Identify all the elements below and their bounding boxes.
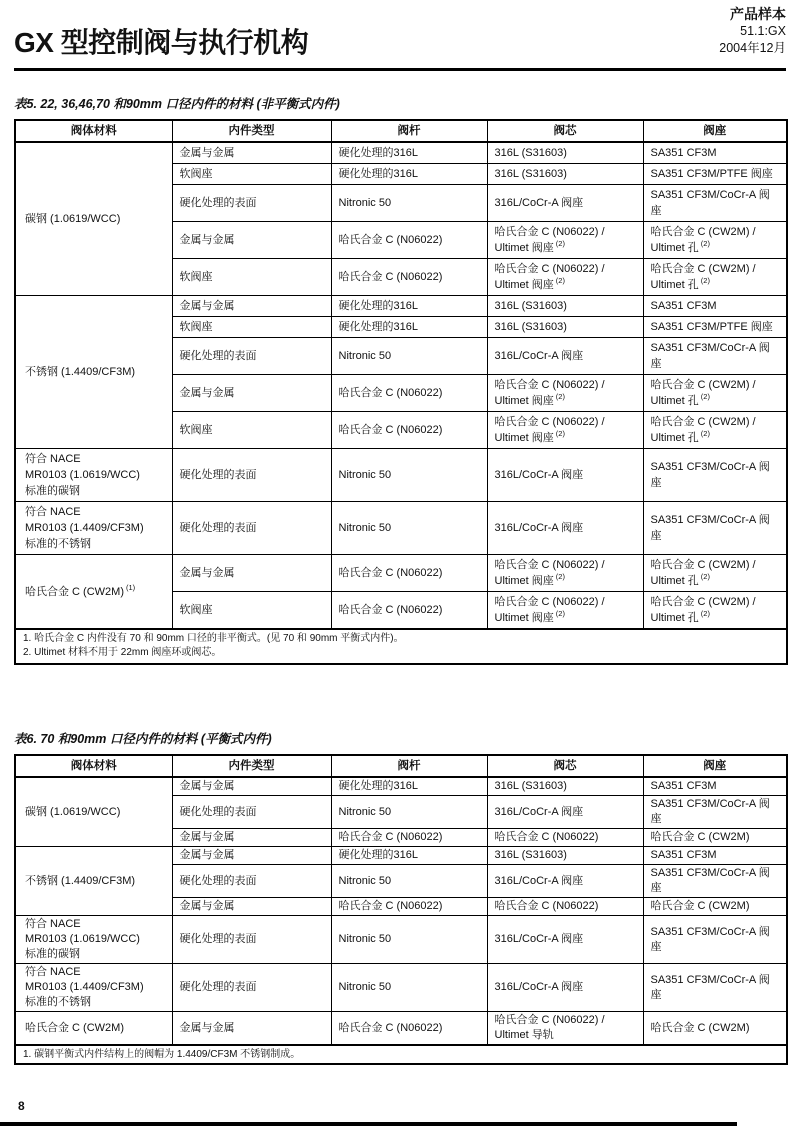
footnote-reference: (2) — [701, 276, 710, 285]
cell: SA351 CF3M — [643, 777, 787, 796]
doc-type: 产品样本 — [719, 6, 786, 23]
cell: 软阀座 — [172, 259, 331, 296]
cell: 金属与金属 — [172, 829, 331, 847]
cell: 哈氏合金 C (N06022) — [331, 412, 487, 449]
footnotes-cell: 1. 碳钢平衡式内件结构上的阀帽为 1.4409/CF3M 不锈钢制成。 — [15, 1045, 787, 1064]
doc-number: 51.1:GX — [719, 23, 786, 40]
cell: SA351 CF3M/CoCr-A 阀座 — [643, 964, 787, 1012]
column-header: 阀座 — [643, 755, 787, 777]
cell: 哈氏合金 C (N06022) /Ultimet 阀座(2) — [487, 592, 643, 630]
cell: 316L (S31603) — [487, 777, 643, 796]
footnote-reference: (2) — [701, 239, 710, 248]
table-row: 碳钢 (1.0619/WCC)金属与金属硬化处理的316L316L (S3160… — [15, 777, 787, 796]
footnote: 1. 哈氏合金 C 内件没有 70 和 90mm 口径的非平衡式。(见 70 和… — [23, 632, 779, 646]
footnote-reference: (2) — [556, 429, 565, 438]
cell: 316L/CoCr-A 阀座 — [487, 449, 643, 502]
cell: 哈氏合金 C (N06022) /Ultimet 导轨 — [487, 1012, 643, 1046]
cell: 316L/CoCr-A 阀座 — [487, 916, 643, 964]
cell: 哈氏合金 C (N06022) — [331, 592, 487, 630]
body-material-cell: 哈氏合金 C (CW2M) — [15, 1012, 172, 1046]
cell: 316L/CoCr-A 阀座 — [487, 865, 643, 898]
cell: 软阀座 — [172, 592, 331, 630]
cell: 软阀座 — [172, 412, 331, 449]
table-row: 符合 NACEMR0103 (1.0619/WCC)标准的碳钢硬化处理的表面Ni… — [15, 449, 787, 502]
body-material-cell: 符合 NACEMR0103 (1.4409/CF3M)标准的不锈钢 — [15, 502, 172, 555]
cell: SA351 CF3M/PTFE 阀座 — [643, 317, 787, 338]
cell: Nitronic 50 — [331, 916, 487, 964]
cell: 哈氏合金 C (CW2M) — [643, 898, 787, 916]
cell: SA351 CF3M/CoCr-A 阀座 — [643, 185, 787, 222]
cell: 哈氏合金 C (CW2M) — [643, 1012, 787, 1046]
cell: 哈氏合金 C (N06022) — [487, 829, 643, 847]
cell: 硬化处理的316L — [331, 777, 487, 796]
cell: 哈氏合金 C (CW2M) /Ultimet 孔(2) — [643, 555, 787, 592]
footnotes-row: 1. 碳钢平衡式内件结构上的阀帽为 1.4409/CF3M 不锈钢制成。 — [15, 1045, 787, 1064]
cell: Nitronic 50 — [331, 338, 487, 375]
table6-materials-balanced: 阀体材料内件类型阀杆阀芯阀座碳钢 (1.0619/WCC)金属与金属硬化处理的3… — [14, 754, 788, 1065]
header-row: 阀体材料内件类型阀杆阀芯阀座 — [15, 120, 787, 142]
column-header: 阀芯 — [487, 755, 643, 777]
column-header: 阀体材料 — [15, 120, 172, 142]
table5-materials-unbalanced: 阀体材料内件类型阀杆阀芯阀座碳钢 (1.0619/WCC)金属与金属硬化处理的3… — [14, 119, 788, 665]
cell: 哈氏合金 C (N06022) — [331, 1012, 487, 1046]
cell: 金属与金属 — [172, 898, 331, 916]
cell: 哈氏合金 C (N06022) — [331, 829, 487, 847]
cell: Nitronic 50 — [331, 865, 487, 898]
table5-caption: 表5. 22, 36,46,70 和90mm 口径内件的材料 (非平衡式内件) — [14, 94, 786, 112]
cell: 金属与金属 — [172, 296, 331, 317]
cell: 软阀座 — [172, 317, 331, 338]
cell: 哈氏合金 C (N06022) — [331, 259, 487, 296]
cell: Nitronic 50 — [331, 185, 487, 222]
cell: 硬化处理的316L — [331, 847, 487, 865]
cell: 软阀座 — [172, 164, 331, 185]
cell: SA351 CF3M/CoCr-A 阀座 — [643, 796, 787, 829]
cell: 哈氏合金 C (N06022) /Ultimet 阀座(2) — [487, 412, 643, 449]
column-header: 阀座 — [643, 120, 787, 142]
cell: 硬化处理的表面 — [172, 964, 331, 1012]
body-material-cell: 不锈钢 (1.4409/CF3M) — [15, 847, 172, 916]
body-material-cell: 碳钢 (1.0619/WCC) — [15, 777, 172, 847]
footnote-reference: (2) — [701, 429, 710, 438]
cell: 硬化处理的表面 — [172, 916, 331, 964]
footer-bar — [0, 1122, 737, 1126]
footnotes-cell: 1. 哈氏合金 C 内件没有 70 和 90mm 口径的非平衡式。(见 70 和… — [15, 629, 787, 664]
cell: 316L/CoCr-A 阀座 — [487, 796, 643, 829]
table-row: 符合 NACEMR0103 (1.0619/WCC)标准的碳钢硬化处理的表面Ni… — [15, 916, 787, 964]
cell: 金属与金属 — [172, 555, 331, 592]
footnote-reference: (2) — [556, 239, 565, 248]
table-row: 哈氏合金 C (CW2M)金属与金属哈氏合金 C (N06022)哈氏合金 C … — [15, 1012, 787, 1046]
footnote-reference: (2) — [556, 276, 565, 285]
cell: 哈氏合金 C (N06022) /Ultimet 阀座(2) — [487, 375, 643, 412]
cell: 硬化处理的316L — [331, 142, 487, 164]
footnote-reference: (2) — [701, 572, 710, 581]
cell: 316L/CoCr-A 阀座 — [487, 964, 643, 1012]
column-header: 阀体材料 — [15, 755, 172, 777]
table-row: 碳钢 (1.0619/WCC)金属与金属硬化处理的316L316L (S3160… — [15, 142, 787, 164]
cell: 哈氏合金 C (CW2M) /Ultimet 孔(2) — [643, 592, 787, 630]
table-row: 不锈钢 (1.4409/CF3M)金属与金属硬化处理的316L316L (S31… — [15, 296, 787, 317]
cell: SA351 CF3M/CoCr-A 阀座 — [643, 865, 787, 898]
cell: 金属与金属 — [172, 222, 331, 259]
footnote: 1. 碳钢平衡式内件结构上的阀帽为 1.4409/CF3M 不锈钢制成。 — [23, 1047, 779, 1062]
cell: 哈氏合金 C (N06022) — [331, 375, 487, 412]
body-material-cell: 哈氏合金 C (CW2M)(1) — [15, 555, 172, 630]
cell: 金属与金属 — [172, 375, 331, 412]
cell: 金属与金属 — [172, 847, 331, 865]
cell: 硬化处理的表面 — [172, 449, 331, 502]
cell: SA351 CF3M/PTFE 阀座 — [643, 164, 787, 185]
cell: 金属与金属 — [172, 1012, 331, 1046]
footnotes-row: 1. 哈氏合金 C 内件没有 70 和 90mm 口径的非平衡式。(见 70 和… — [15, 629, 787, 664]
page-title: GX 型控制阀与执行机构 — [14, 21, 308, 61]
table-row: 符合 NACEMR0103 (1.4409/CF3M)标准的不锈钢硬化处理的表面… — [15, 964, 787, 1012]
page-number: 8 — [18, 1099, 25, 1113]
cell: 哈氏合金 C (CW2M) /Ultimet 孔(2) — [643, 259, 787, 296]
document-header: GX 型控制阀与执行机构 产品样本 51.1:GX 2004年12月 — [0, 0, 800, 61]
cell: 316L (S31603) — [487, 296, 643, 317]
cell: 316L (S31603) — [487, 847, 643, 865]
cell: 316L (S31603) — [487, 142, 643, 164]
column-header: 内件类型 — [172, 755, 331, 777]
cell: 316L/CoCr-A 阀座 — [487, 502, 643, 555]
cell: 哈氏合金 C (CW2M) /Ultimet 孔(2) — [643, 375, 787, 412]
body-material-cell: 符合 NACEMR0103 (1.0619/WCC)标准的碳钢 — [15, 449, 172, 502]
cell: SA351 CF3M — [643, 847, 787, 865]
cell: Nitronic 50 — [331, 796, 487, 829]
column-header: 内件类型 — [172, 120, 331, 142]
cell: 316L/CoCr-A 阀座 — [487, 338, 643, 375]
footnote-reference: (2) — [556, 572, 565, 581]
footnote: 2. Ultimet 材料不用于 22mm 阀座环或阀芯。 — [23, 646, 779, 660]
table-row: 符合 NACEMR0103 (1.4409/CF3M)标准的不锈钢硬化处理的表面… — [15, 502, 787, 555]
cell: 哈氏合金 C (N06022) — [331, 898, 487, 916]
cell: 硬化处理的表面 — [172, 338, 331, 375]
cell: SA351 CF3M — [643, 296, 787, 317]
column-header: 阀芯 — [487, 120, 643, 142]
column-header: 阀杆 — [331, 120, 487, 142]
cell: 硬化处理的316L — [331, 317, 487, 338]
body-material-cell: 碳钢 (1.0619/WCC) — [15, 142, 172, 296]
body-material-cell: 符合 NACEMR0103 (1.4409/CF3M)标准的不锈钢 — [15, 964, 172, 1012]
header-divider — [14, 68, 786, 71]
table6-caption: 表6. 70 和90mm 口径内件的材料 (平衡式内件) — [14, 729, 786, 747]
cell: 硬化处理的316L — [331, 296, 487, 317]
cell: SA351 CF3M/CoCr-A 阀座 — [643, 449, 787, 502]
cell: 硬化处理的表面 — [172, 796, 331, 829]
cell: 316L (S31603) — [487, 164, 643, 185]
cell: 哈氏合金 C (N06022) /Ultimet 阀座(2) — [487, 555, 643, 592]
cell: SA351 CF3M — [643, 142, 787, 164]
footnote-reference: (1) — [126, 583, 135, 592]
footnote-reference: (2) — [556, 392, 565, 401]
cell: 哈氏合金 C (N06022) /Ultimet 阀座(2) — [487, 222, 643, 259]
cell: 哈氏合金 C (N06022) — [331, 555, 487, 592]
doc-date: 2004年12月 — [719, 40, 786, 57]
cell: 哈氏合金 C (N06022) — [331, 222, 487, 259]
cell: SA351 CF3M/CoCr-A 阀座 — [643, 338, 787, 375]
cell: Nitronic 50 — [331, 449, 487, 502]
table-row: 不锈钢 (1.4409/CF3M)金属与金属硬化处理的316L316L (S31… — [15, 847, 787, 865]
cell: SA351 CF3M/CoCr-A 阀座 — [643, 502, 787, 555]
cell: SA351 CF3M/CoCr-A 阀座 — [643, 916, 787, 964]
footnote-reference: (2) — [556, 609, 565, 618]
table-row: 哈氏合金 C (CW2M)(1)金属与金属哈氏合金 C (N06022)哈氏合金… — [15, 555, 787, 592]
footnote-reference: (2) — [701, 392, 710, 401]
cell: 哈氏合金 C (CW2M) /Ultimet 孔(2) — [643, 412, 787, 449]
cell: 硬化处理的316L — [331, 164, 487, 185]
body-material-cell: 符合 NACEMR0103 (1.0619/WCC)标准的碳钢 — [15, 916, 172, 964]
cell: 哈氏合金 C (N06022) /Ultimet 阀座(2) — [487, 259, 643, 296]
cell: 哈氏合金 C (CW2M) — [643, 829, 787, 847]
doc-meta: 产品样本 51.1:GX 2004年12月 — [719, 5, 786, 57]
footnote-reference: (2) — [701, 609, 710, 618]
cell: 316L (S31603) — [487, 317, 643, 338]
cell: 316L/CoCr-A 阀座 — [487, 185, 643, 222]
cell: Nitronic 50 — [331, 502, 487, 555]
cell: 哈氏合金 C (N06022) — [487, 898, 643, 916]
cell: 金属与金属 — [172, 142, 331, 164]
column-header: 阀杆 — [331, 755, 487, 777]
document-page: GX 型控制阀与执行机构 产品样本 51.1:GX 2004年12月 表5. 2… — [0, 0, 800, 1126]
cell: 硬化处理的表面 — [172, 185, 331, 222]
header-row: 阀体材料内件类型阀杆阀芯阀座 — [15, 755, 787, 777]
body-material-cell: 不锈钢 (1.4409/CF3M) — [15, 296, 172, 449]
cell: 硬化处理的表面 — [172, 865, 331, 898]
cell: Nitronic 50 — [331, 964, 487, 1012]
cell: 哈氏合金 C (CW2M) /Ultimet 孔(2) — [643, 222, 787, 259]
cell: 硬化处理的表面 — [172, 502, 331, 555]
cell: 金属与金属 — [172, 777, 331, 796]
